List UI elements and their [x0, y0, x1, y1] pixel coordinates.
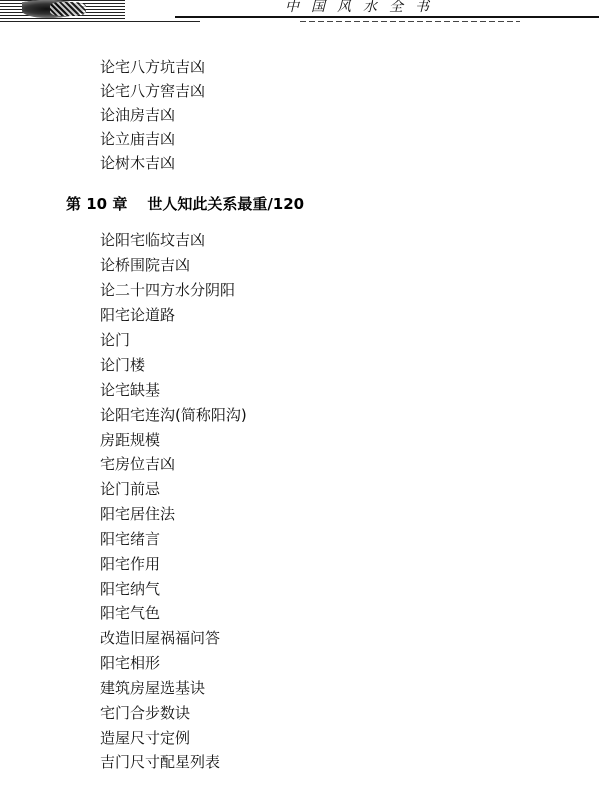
header-decoration-image [0, 0, 125, 20]
toc-entry[interactable]: 阳宅居住法 [100, 505, 175, 523]
toc-entry[interactable]: 阳宅相形 [100, 654, 160, 672]
toc-entry[interactable]: 阳宅纳气 [100, 580, 160, 598]
toc-entry[interactable]: 论桥围院吉凶 [100, 256, 190, 274]
toc-entry[interactable]: 改造旧屋祸福问答 [100, 629, 220, 647]
toc-entry[interactable]: 吉门尺寸配星列表 [100, 753, 220, 771]
toc-entry[interactable]: 论门 [100, 331, 130, 349]
toc-entry[interactable]: 阳宅绪言 [100, 530, 160, 548]
toc-entry[interactable]: 房距规模 [100, 431, 160, 449]
toc-entry[interactable]: 宅房位吉凶 [100, 455, 175, 473]
toc-entry[interactable]: 论阳宅连沟(简称阳沟) [100, 406, 247, 424]
toc-entry[interactable]: 建筑房屋选基诀 [100, 679, 205, 697]
toc-entry[interactable]: 阳宅气色 [100, 604, 160, 622]
toc-entry[interactable]: 论树木吉凶 [100, 154, 175, 172]
toc-entry[interactable]: 论宅八方窖吉凶 [100, 82, 205, 100]
toc-entry[interactable]: 论门前忌 [100, 480, 160, 498]
toc-entry[interactable]: 论二十四方水分阴阳 [100, 281, 235, 299]
chapter-number: 第 10 章 [66, 195, 127, 213]
chapter-heading[interactable]: 第 10 章世人知此关系最重/120 [66, 195, 304, 213]
chapter-title: 世人知此关系最重/120 [147, 195, 304, 213]
toc-entry[interactable]: 阳宅论道路 [100, 306, 175, 324]
decorative-art-detail [50, 2, 86, 16]
toc-entry[interactable]: 宅门合步数诀 [100, 704, 190, 722]
page-header: 中国风水全书 [0, 0, 599, 26]
toc-entry[interactable]: 论门楼 [100, 356, 145, 374]
toc-entry[interactable]: 阳宅作用 [100, 555, 160, 573]
book-title: 中国风水全书 [285, 0, 441, 14]
toc-entry[interactable]: 论油房吉凶 [100, 106, 175, 124]
header-rule-left [0, 21, 200, 22]
toc-entry[interactable]: 造屋尺寸定例 [100, 729, 190, 747]
toc-entry[interactable]: 论宅八方坑吉凶 [100, 58, 205, 76]
header-rule [175, 16, 599, 18]
toc-entry[interactable]: 论宅缺基 [100, 381, 160, 399]
toc-entry[interactable]: 论阳宅临坟吉凶 [100, 231, 205, 249]
header-rule-secondary [300, 21, 520, 22]
toc-entry[interactable]: 论立庙吉凶 [100, 130, 175, 148]
